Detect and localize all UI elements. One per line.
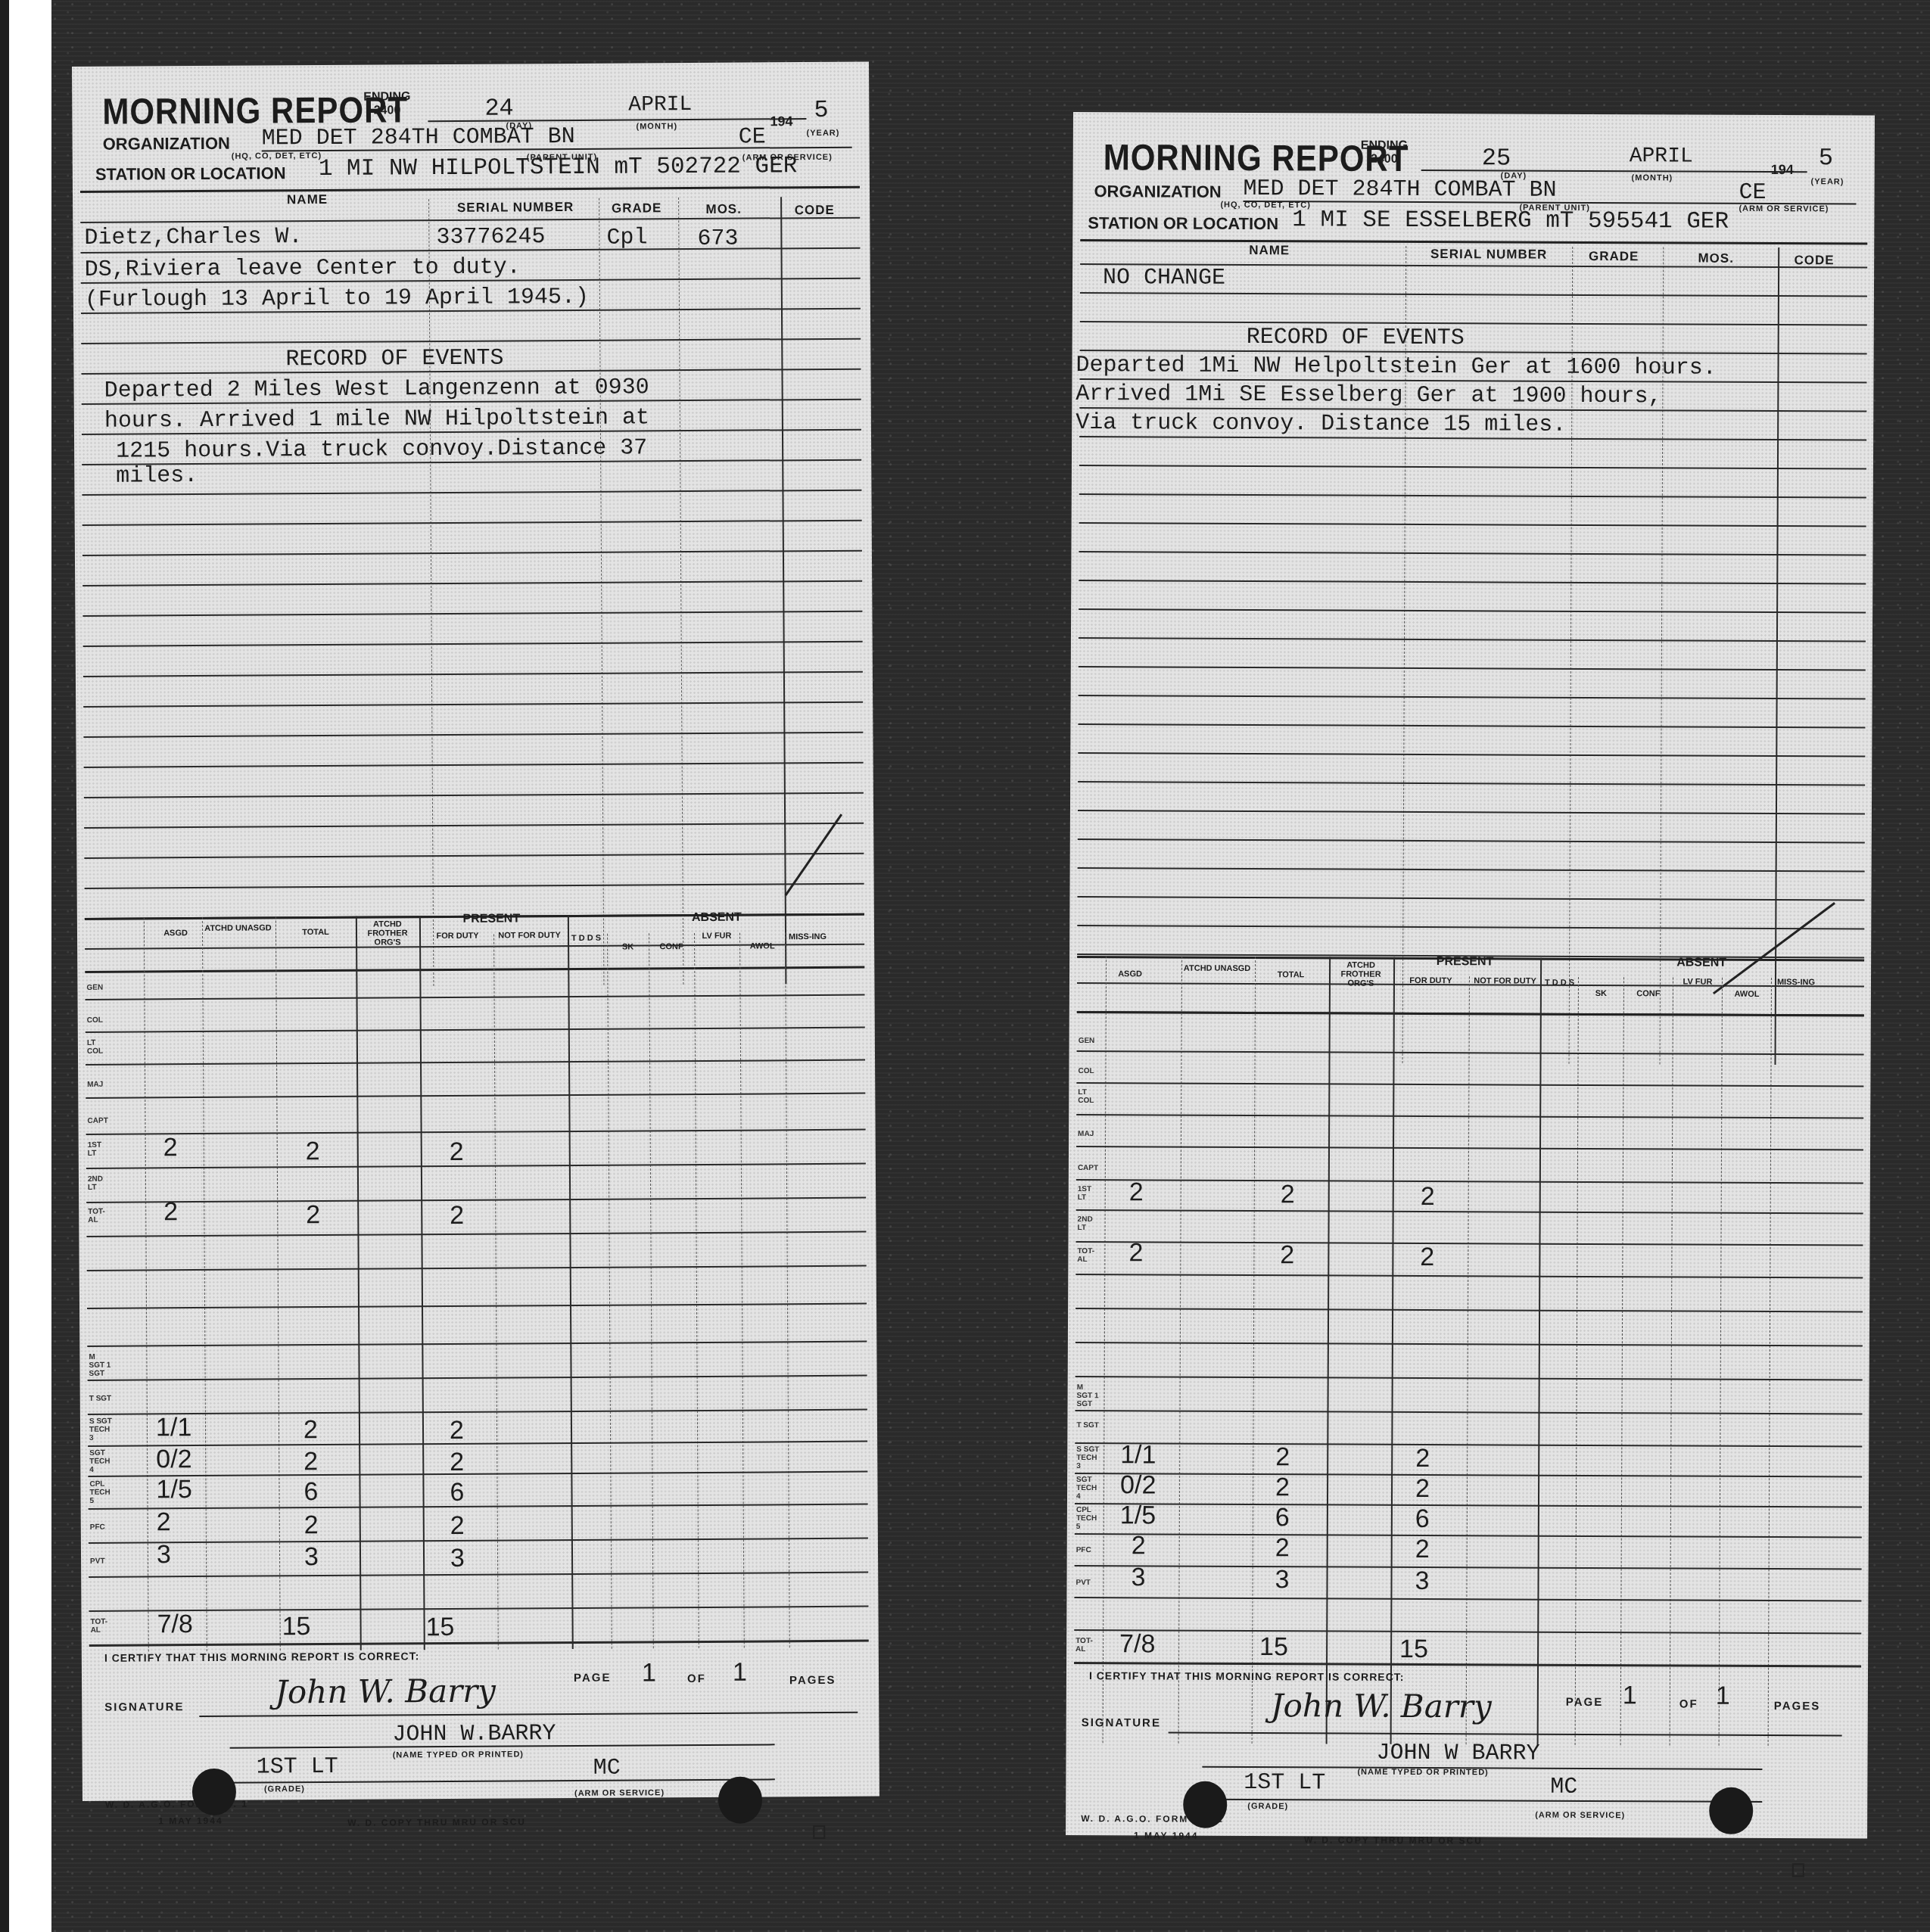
grid-col-rule <box>1768 978 1772 1746</box>
event-line-3: Via truck convoy. Distance 15 miles. <box>1076 410 1566 438</box>
cell-enltotal-asgd: 7/8 <box>157 1610 193 1639</box>
page-label: PAGE <box>1566 1696 1603 1709</box>
grid-head-conf: CONF <box>1626 989 1671 998</box>
cell-offtotal-total: 2 <box>1280 1240 1294 1270</box>
cell-pvt-for-duty: 3 <box>450 1544 465 1573</box>
signer-name: JOHN W BARRY <box>1376 1741 1539 1767</box>
cell-sgt-for-duty: 2 <box>1415 1474 1430 1504</box>
signer-grade: 1ST LT <box>1244 1770 1325 1796</box>
personnel-name: Dietz,Charles W. <box>84 224 302 251</box>
cell-enltotal-for-duty: 15 <box>425 1613 454 1642</box>
certify-statement: I CERTIFY THAT THIS MORNING REPORT IS CO… <box>1089 1669 1405 1683</box>
rank-ssgt-tech3: S SGT TECH 3 <box>1076 1445 1103 1470</box>
form-date: 1 MAY 1944 <box>1134 1830 1198 1840</box>
grid-col-rule <box>1252 957 1256 1744</box>
grade-sublabel: (GRADE) <box>264 1784 305 1794</box>
event-line-1: Departed 1Mi NW Helpoltstein Ger at 1600… <box>1076 353 1716 381</box>
rank-cpl-tech5: CPL TECH 5 <box>1076 1506 1103 1531</box>
cell-ssgt-asgd: 1/1 <box>1120 1440 1156 1470</box>
cell-enltotal-total: 15 <box>282 1612 310 1641</box>
header-rule <box>80 186 860 193</box>
cell-pvt-total: 3 <box>304 1542 319 1572</box>
morning-report-april-25: MORNING REPORT ENDING2400 25 APRIL (DAY)… <box>1066 112 1875 1839</box>
pages-label: PAGES <box>1774 1700 1820 1713</box>
rank-sgt-tech4: SGT TECH 4 <box>1076 1476 1103 1501</box>
cell-sgt-asgd: 0/2 <box>1120 1470 1156 1500</box>
ending-label: ENDING2400 <box>363 90 410 117</box>
grid-head-for-duty: FOR DUTY <box>422 932 493 941</box>
month-sublabel: (MONTH) <box>1632 173 1673 182</box>
grid-head-td-ds: T D D S <box>569 934 603 943</box>
cell-offtotal-for-duty: 2 <box>1420 1243 1434 1272</box>
personnel-serial: 33776245 <box>436 224 545 250</box>
rank-1st-lt: 1ST LT <box>1078 1185 1100 1202</box>
grid-head-atchd-other: ATCHD FROTHER ORG'S <box>1331 960 1391 988</box>
grid-head-absent: ABSENT <box>1542 958 1860 969</box>
col-grade: GRADE <box>599 201 674 216</box>
station-value: 1 MI SE ESSELBERG mT 595541 GER <box>1292 207 1729 235</box>
grid-col-rule <box>1537 958 1542 1745</box>
organization-label: ORGANIZATION <box>103 134 230 154</box>
grid-head-sk: SK <box>607 942 649 951</box>
grid-head-missing: MISS-ING <box>785 932 830 941</box>
cell-cpl-for-duty: 6 <box>450 1478 464 1507</box>
page-number: 1 <box>1623 1681 1637 1710</box>
arm-sublabel: (ARM OR SERVICE) <box>1739 204 1829 214</box>
rank-gen: GEN <box>1079 1037 1095 1045</box>
of-label: OF <box>687 1672 706 1685</box>
cell-enltotal-for-duty: 15 <box>1399 1635 1428 1664</box>
signature: John W. Barry <box>275 1672 496 1711</box>
morning-report-april-24: MORNING REPORT ENDING2400 24 APRIL (DAY)… <box>72 62 879 1801</box>
cell-1stlt-asgd: 2 <box>163 1133 178 1162</box>
corner-checkbox <box>1792 1863 1804 1877</box>
cell-1stlt-for-duty: 2 <box>450 1137 464 1167</box>
station-label: STATION OR LOCATION <box>1088 213 1278 234</box>
col-name: NAME <box>194 191 421 208</box>
grid-head-awol: AWOL <box>739 941 785 950</box>
cell-1stlt-for-duty: 2 <box>1421 1182 1435 1212</box>
rank-capt: CAPT <box>87 1117 107 1125</box>
cell-cpl-total: 6 <box>1275 1503 1290 1532</box>
grid-col-rule <box>1466 976 1470 1744</box>
cell-pvt-asgd: 3 <box>157 1540 171 1570</box>
signature-line <box>1169 1732 1842 1737</box>
organization-value: MED DET 284TH COMBAT BN <box>1243 176 1556 204</box>
rank-lt-col: LT COL <box>87 1039 110 1056</box>
punch-hole-left <box>1183 1781 1227 1828</box>
page-number: 1 <box>642 1658 656 1688</box>
grid-col-rule <box>1575 977 1579 1745</box>
personnel-mos: 673 <box>697 226 738 252</box>
name-sublabel: (NAME TYPED OR PRINTED) <box>393 1750 524 1759</box>
signature-label: SIGNATURE <box>104 1700 184 1714</box>
rank-enlisted-total: TOT-AL <box>1076 1637 1098 1654</box>
cell-pfc-asgd: 2 <box>1132 1531 1146 1560</box>
rank-pvt: PVT <box>90 1557 105 1566</box>
cell-offtotal-asgd: 2 <box>1128 1238 1143 1268</box>
cell-enltotal-asgd: 7/8 <box>1119 1629 1155 1659</box>
cell-1stlt-asgd: 2 <box>1129 1178 1144 1207</box>
grid-head-lv-fur: LV FUR <box>1675 977 1720 986</box>
grid-col-rule <box>1326 957 1331 1744</box>
col-mos: MOS. <box>1670 250 1761 266</box>
year-sublabel: (YEAR) <box>807 129 840 138</box>
copy-note: W. D. COPY THRU MRU OR SCU <box>1304 1834 1483 1846</box>
personnel-grade: Cpl <box>606 225 647 250</box>
cell-1stlt-total: 2 <box>306 1137 320 1166</box>
grid-col-rule <box>739 933 745 1648</box>
grid-head-atchd-unasgd: ATCHD UNASGD <box>202 923 274 933</box>
report-year: 5 <box>1819 144 1833 172</box>
cell-cpl-total: 6 <box>304 1477 318 1507</box>
cell-pvt-total: 3 <box>1275 1565 1289 1594</box>
page-label: PAGE <box>574 1672 612 1685</box>
rank-msgt: M SGT 1 SGT <box>89 1353 111 1378</box>
rank-capt: CAPT <box>1078 1164 1098 1172</box>
cell-offtotal-total: 2 <box>306 1200 320 1230</box>
col-name: NAME <box>1163 243 1375 259</box>
cell-pfc-for-duty: 2 <box>1415 1535 1430 1564</box>
total-pages: 1 <box>1716 1682 1730 1711</box>
report-month: APRIL <box>1630 145 1693 168</box>
organization-value: MED DET 284TH COMBAT BN <box>261 124 574 152</box>
cell-sgt-total: 2 <box>304 1447 318 1476</box>
event-line-4: miles. <box>116 463 198 490</box>
grid-col-rule <box>649 933 654 1648</box>
grid-head-total: TOTAL <box>278 928 353 938</box>
rank-maj: MAJ <box>1078 1130 1094 1138</box>
rank-maj: MAJ <box>87 1081 103 1089</box>
grade-sublabel: (GRADE) <box>1247 1802 1288 1811</box>
grade-column-rule <box>599 198 604 985</box>
month-sublabel: (MONTH) <box>636 122 677 131</box>
report-year: 5 <box>814 96 828 124</box>
of-label: OF <box>1679 1698 1698 1711</box>
cell-pfc-total: 2 <box>304 1510 319 1540</box>
rank-officer-total: TOT-AL <box>88 1208 111 1224</box>
punch-hole-right <box>718 1776 762 1823</box>
event-line-2: hours. Arrived 1 mile NW Hilpoltstein at <box>104 405 649 434</box>
cell-pfc-total: 2 <box>1275 1533 1290 1563</box>
rank-tsgt: T SGT <box>89 1395 112 1403</box>
grid-col-rule <box>694 933 699 1648</box>
year-sublabel: (YEAR) <box>1811 177 1844 186</box>
punch-hole-left <box>192 1769 236 1815</box>
grid-head-atchd-unasgd: ATCHD UNASGD <box>1183 964 1251 973</box>
report-month: APRIL <box>628 93 692 117</box>
record-of-events-title: RECORD OF EVENTS <box>1247 325 1465 351</box>
rank-cpl-tech5: CPL TECH 5 <box>89 1480 116 1505</box>
event-line-3: 1215 hours.Via truck convoy.Distance 37 <box>116 435 647 464</box>
form-date: 1 MAY 1944 <box>158 1815 223 1827</box>
grid-col-rule <box>1620 977 1624 1745</box>
grid-head-absent: ABSENT <box>569 913 864 923</box>
grid-head-atchd-other: ATCHD FROTHER ORG'S <box>357 919 418 947</box>
rank-pvt: PVT <box>1076 1579 1091 1587</box>
cell-offtotal-for-duty: 2 <box>450 1201 464 1230</box>
copy-note: W. D. COPY THRU MRU OR SCU <box>347 1816 526 1828</box>
grid-head-td-ds: T D D S <box>1542 978 1577 988</box>
signer-arm: MC <box>593 1756 621 1781</box>
grid-col-rule <box>493 935 499 1650</box>
rank-pfc: PFC <box>1076 1546 1091 1554</box>
event-line-1: Departed 2 Miles West Langenzenn at 0930 <box>104 375 649 403</box>
grid-head-awol: AWOL <box>1724 990 1770 999</box>
grid-head-asgd: ASGD <box>149 929 202 938</box>
grid-col-rule <box>785 932 790 1647</box>
org-sublabel: (HQ, CO, DET, ETC) <box>232 151 322 161</box>
rank-lt-col: LT COL <box>1078 1088 1100 1105</box>
rank-sgt-tech4: SGT TECH 4 <box>89 1449 116 1474</box>
grid-head-total: TOTAL <box>1255 970 1327 979</box>
cell-cpl-asgd: 1/5 <box>1120 1501 1156 1530</box>
event-line-2: Arrived 1Mi SE Esselberg Ger at 1900 hou… <box>1076 381 1661 409</box>
arm-service-sublabel: (ARM OR SERVICE) <box>574 1788 665 1798</box>
cell-sgt-for-duty: 2 <box>450 1448 464 1477</box>
grid-head-conf: CONF <box>649 942 694 951</box>
grid-head-asgd: ASGD <box>1107 969 1153 978</box>
grid-col-rule <box>1719 978 1723 1746</box>
remark-line-1: DS,Riviera leave Center to duty. <box>85 254 521 283</box>
personnel-name: NO CHANGE <box>1103 265 1225 291</box>
rank-gen: GEN <box>86 984 103 992</box>
year-prefix: 194 <box>770 114 792 129</box>
report-day: 25 <box>1482 144 1511 172</box>
record-of-events-title: RECORD OF EVENTS <box>285 346 503 373</box>
mos-column-rule <box>678 198 683 985</box>
code-column-rule <box>780 197 786 984</box>
grid-head-lv-fur: LV FUR <box>694 932 739 941</box>
col-code: CODE <box>784 203 845 218</box>
rank-2nd-lt: 2ND LT <box>1078 1215 1100 1232</box>
col-grade: GRADE <box>1572 249 1655 264</box>
grid-col-rule <box>1390 957 1396 1744</box>
rank-pfc: PFC <box>90 1523 105 1532</box>
scan-edge-strip <box>0 0 9 1932</box>
cell-1stlt-total: 2 <box>1281 1180 1295 1209</box>
signature: John W. Barry <box>1271 1687 1492 1725</box>
cell-enltotal-total: 15 <box>1259 1632 1288 1662</box>
signature-line <box>199 1712 858 1717</box>
grid-col-rule <box>1103 956 1107 1743</box>
station-label: STATION OR LOCATION <box>95 163 286 185</box>
rank-col: COL <box>87 1016 103 1025</box>
rank-col: COL <box>1078 1067 1094 1075</box>
signer-name: JOHN W.BARRY <box>392 1721 556 1747</box>
cell-ssgt-for-duty: 2 <box>1415 1444 1430 1473</box>
rank-msgt: M SGT 1 SGT <box>1077 1383 1100 1408</box>
col-serial: SERIAL NUMBER <box>1417 247 1561 263</box>
rank-2nd-lt: 2ND LT <box>88 1175 111 1192</box>
name-sublabel: (NAME TYPED OR PRINTED) <box>1357 1768 1488 1778</box>
report-day: 24 <box>484 94 514 122</box>
punch-hole-right <box>1709 1787 1753 1834</box>
signer-arm: MC <box>1550 1775 1577 1800</box>
cell-ssgt-total: 2 <box>304 1415 318 1445</box>
cell-cpl-for-duty: 6 <box>1415 1504 1430 1534</box>
rank-1st-lt: 1ST LT <box>88 1141 111 1158</box>
remark-line-2: (Furlough 13 April to 19 April 1945.) <box>85 285 589 313</box>
pages-label: PAGES <box>789 1674 836 1687</box>
signer-grade: 1ST LT <box>257 1754 338 1781</box>
total-pages: 1 <box>733 1658 747 1688</box>
arm-value: CE <box>1739 180 1766 206</box>
cell-sgt-asgd: 0/2 <box>156 1445 192 1474</box>
cell-pfc-for-duty: 2 <box>450 1511 465 1541</box>
cell-ssgt-total: 2 <box>1275 1442 1290 1472</box>
grid-col-rule <box>1670 977 1673 1745</box>
date-line <box>1421 170 1807 173</box>
grid-col-rule <box>607 934 612 1649</box>
col-mos: MOS. <box>678 201 769 217</box>
ending-label: ENDING2400 <box>1361 139 1408 166</box>
rank-ssgt-tech3: S SGT TECH 3 <box>89 1417 116 1442</box>
signature-label: SIGNATURE <box>1082 1716 1161 1729</box>
grid-head-sk: SK <box>1580 989 1622 998</box>
cell-cpl-asgd: 1/5 <box>156 1475 192 1504</box>
serial-column-rule <box>428 199 434 986</box>
grid-head-missing: MISS-ING <box>1773 978 1819 987</box>
grid-head-rule <box>1077 1011 1864 1017</box>
grid-head-present: PRESENT <box>1395 957 1535 967</box>
rank-tsgt: T SGT <box>1076 1421 1099 1430</box>
cell-offtotal-asgd: 2 <box>163 1197 178 1227</box>
rank-officer-total: TOT-AL <box>1077 1247 1100 1264</box>
cell-ssgt-for-duty: 2 <box>450 1416 464 1445</box>
cell-pvt-for-duty: 3 <box>1415 1566 1429 1596</box>
grid-head-for-duty: FOR DUTY <box>1395 976 1467 985</box>
station-value: 1 MI NW HILPOLTSTEIN mT 502722 GER <box>319 153 798 182</box>
cell-ssgt-asgd: 1/1 <box>156 1413 192 1442</box>
grid-head-not-for-duty: NOT FOR DUTY <box>493 931 565 941</box>
year-prefix: 194 <box>1771 162 1794 178</box>
grid-head-not-for-duty: NOT FOR DUTY <box>1469 976 1541 985</box>
organization-label: ORGANIZATION <box>1094 182 1221 202</box>
cell-pvt-asgd: 3 <box>1131 1563 1145 1592</box>
certify-statement: I CERTIFY THAT THIS MORNING REPORT IS CO… <box>104 1650 420 1664</box>
cell-pfc-asgd: 2 <box>157 1507 171 1537</box>
rank-enlisted-total: TOT-AL <box>91 1618 114 1635</box>
cell-sgt-total: 2 <box>1275 1473 1290 1502</box>
arm-service-sublabel: (ARM OR SERVICE) <box>1535 1811 1625 1821</box>
col-serial: SERIAL NUMBER <box>447 200 584 216</box>
grid-col-rule <box>1178 957 1183 1744</box>
corner-checkbox <box>813 1825 825 1839</box>
grid-head-present: PRESENT <box>422 914 562 924</box>
